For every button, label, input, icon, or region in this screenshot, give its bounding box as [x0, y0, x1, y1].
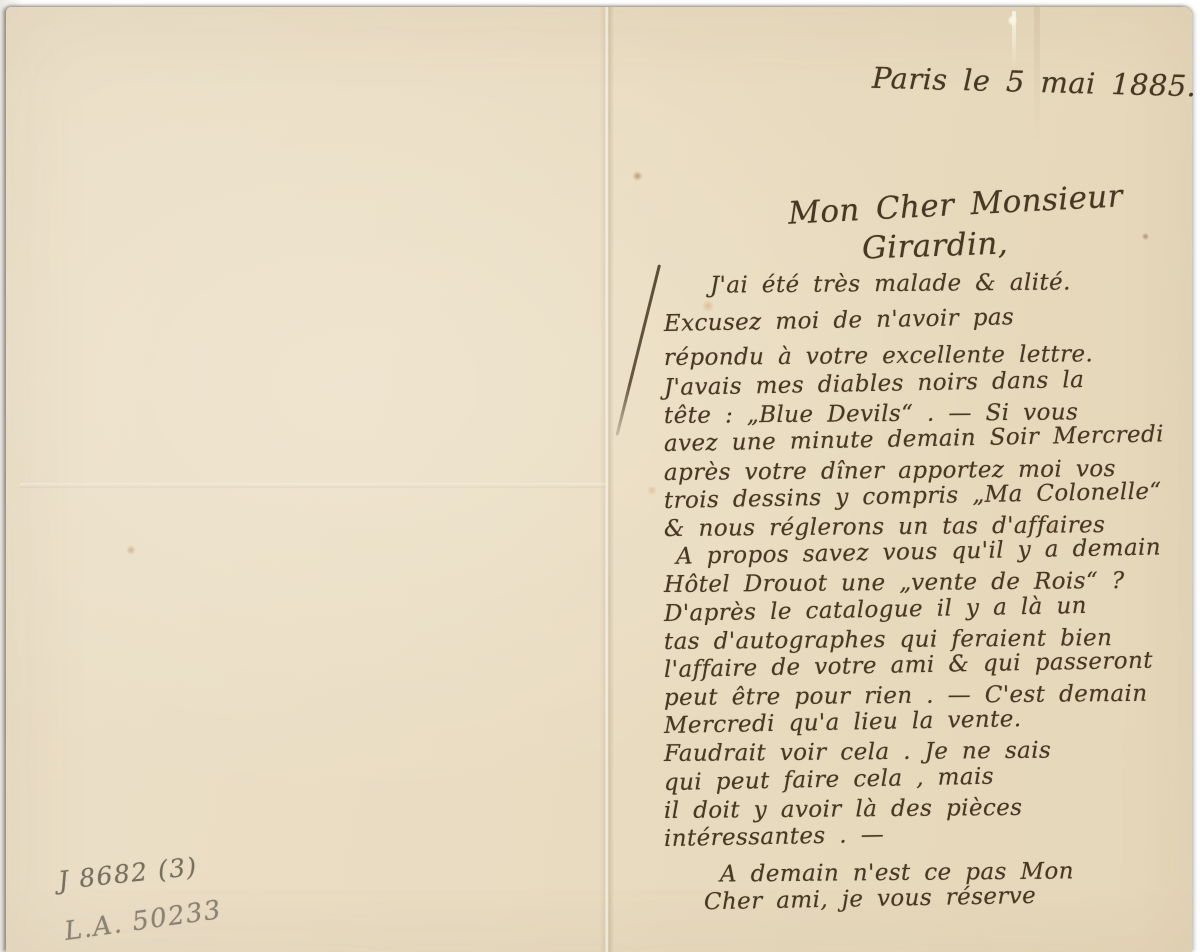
foxing-spot [126, 545, 136, 555]
pen-flourish [616, 264, 661, 435]
foxing-spot [632, 171, 643, 181]
letter-body: J'ai été très malade & alité. Excusez mo… [664, 273, 1198, 919]
letter-sheet: Paris le 5 mai 1885. Mon Cher Monsieur G… [6, 7, 1192, 952]
foxing-spot [647, 486, 657, 495]
fold-line-vertical [600, 7, 614, 952]
crease-horizontal [20, 483, 606, 488]
salutation-line-1: Mon Cher Monsieur [787, 178, 1123, 231]
dateline: Paris le 5 mai 1885. [872, 61, 1197, 103]
pencil-annotation-inventory-number: J 8682 (3) [57, 852, 199, 895]
tear-hole [1008, 15, 1017, 26]
pencil-annotation-lot-number: L.A. 50233 [63, 895, 224, 947]
foxing-spot [1142, 233, 1149, 240]
letter-scan: Paris le 5 mai 1885. Mon Cher Monsieur G… [0, 0, 1200, 952]
salutation-line-2: Girardin, [861, 225, 1008, 266]
